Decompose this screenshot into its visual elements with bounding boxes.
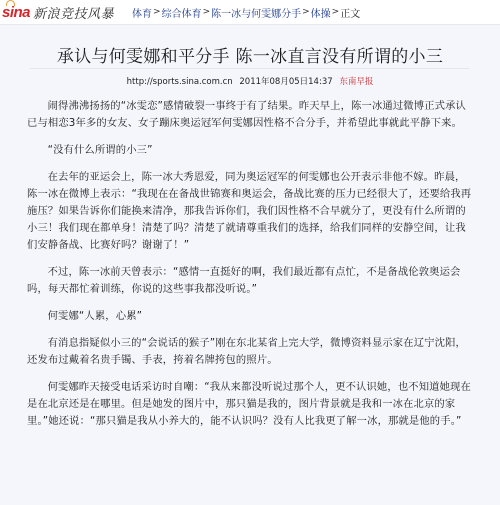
logo-eye-icon bbox=[6, 0, 15, 6]
sina-logo-mark: sina bbox=[2, 5, 30, 20]
breadcrumb-separator: > bbox=[203, 7, 211, 17]
breadcrumb-general-sports[interactable]: 综合体育 bbox=[162, 5, 202, 20]
subheading: 何雯娜“人累，心累” bbox=[27, 308, 474, 325]
article-title: 承认与何雯娜和平分手 陈一冰直言没有所谓的小三 bbox=[0, 42, 500, 67]
breadcrumb-gymnastics[interactable]: 体操 bbox=[311, 5, 331, 20]
article-date: 2011年08月05日14:37 bbox=[239, 77, 332, 87]
breadcrumb-separator: > bbox=[332, 7, 340, 17]
paragraph: 闹得沸沸扬扬的“冰雯恋”感情破裂一事终于有了结果。昨天早上，陈一冰通过微博正式承… bbox=[27, 98, 474, 132]
article-source-link[interactable]: 东南早报 bbox=[339, 77, 373, 87]
title-divider bbox=[30, 68, 470, 69]
logo-text: 新浪竞技风暴 bbox=[33, 3, 114, 22]
site-header: sina 新浪竞技风暴 体育 > 综合体育 > 陈一冰与何雯娜分手 > 体操 >… bbox=[0, 0, 500, 25]
article-body: 闹得沸沸扬扬的“冰雯恋”感情破裂一事终于有了结果。昨天早上，陈一冰通过微博正式承… bbox=[27, 98, 474, 440]
breadcrumb-sports[interactable]: 体育 bbox=[132, 5, 152, 20]
paragraph: 何雯娜昨天接受电话采访时自嘲：“我从来都没听说过那个人，更不认识她，也不知道她现… bbox=[27, 379, 474, 430]
sina-logo[interactable]: sina 新浪竞技风暴 bbox=[2, 0, 114, 24]
article-meta: http://sports.sina.com.cn 2011年08月05日14:… bbox=[0, 75, 500, 87]
subheading: “没有什么所谓的小三” bbox=[27, 142, 474, 159]
breadcrumb-separator: > bbox=[153, 7, 161, 17]
paragraph: 不过，陈一冰前天曾表示：“感情一直挺好的啊，我们最近都有点忙，不是备战伦敦奥运会… bbox=[27, 264, 474, 298]
paragraph: 在去年的亚运会上，陈一冰大秀恩爱，同为奥运冠军的何雯娜也公开表示非他不嫁。昨晨，… bbox=[27, 169, 474, 254]
article-url: http://sports.sina.com.cn bbox=[127, 77, 233, 87]
breadcrumb-separator: > bbox=[302, 7, 310, 17]
breadcrumb: 体育 > 综合体育 > 陈一冰与何雯娜分手 > 体操 > 正文 bbox=[132, 5, 360, 20]
breadcrumb-topic[interactable]: 陈一冰与何雯娜分手 bbox=[211, 5, 301, 20]
breadcrumb-current: 正文 bbox=[340, 5, 360, 20]
paragraph: 有消息指疑似小三的“会说话的猴子”刚在东北某省上完大学，微博资料显示家在辽宁沈阳… bbox=[27, 335, 474, 369]
